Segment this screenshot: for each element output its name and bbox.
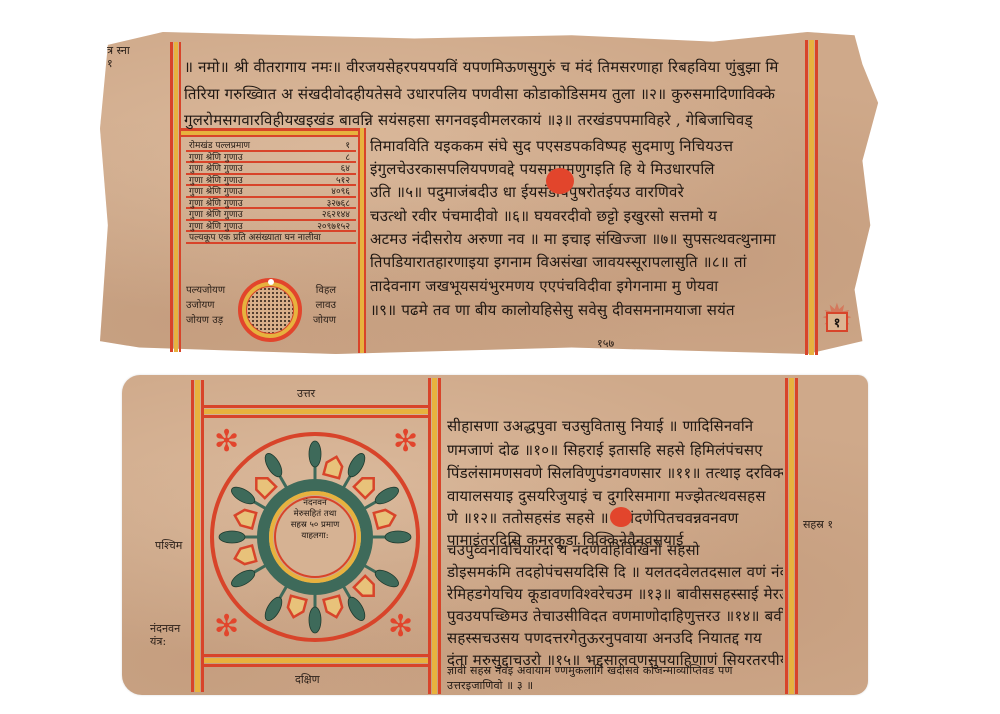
diagram-label-right: विहल लावउ जोयण: [313, 283, 336, 328]
table-caption-row: पल्यकूप एक प्रति असंख्याता घन नालीवा: [186, 232, 356, 244]
manuscript-text-line: ॥ नमो॥ श्री वीतरागाय नमः॥ वीरजयसेहरपयपयव…: [184, 57, 802, 77]
border-rule-red: [170, 42, 173, 352]
border-rule-red: [438, 378, 441, 694]
manuscript-text-line: ज्ञावी सहस्र नवइ अवायाम ण्णमुकलागि खदीसव…: [447, 663, 783, 678]
border-rule-red: [805, 40, 808, 355]
manuscript-text-line: अटमउ नंदीसरोय अरुणा नव ॥ मा इचाइ संखिज्ज…: [370, 229, 802, 249]
manuscript-text-line: तादेवनाग जखभूयसयंभुरमणय एएपंचविदीवा इगेग…: [370, 276, 802, 296]
border-rule-yellow: [204, 409, 428, 414]
table-frame: [364, 128, 366, 353]
compass-label-south: दक्षिण: [295, 672, 320, 687]
border-rule-red: [179, 42, 181, 352]
border-rule-red: [815, 40, 818, 355]
border-rule-red: [204, 654, 428, 657]
border-rule-red: [204, 405, 428, 408]
manuscript-text-line: पिंडलंसामणसवणे सिलविणुपंडगवणसार ॥११॥ तत्…: [447, 463, 783, 483]
center-red-dot: [546, 168, 574, 194]
border-rule-red: [191, 380, 194, 692]
border-rule-red: [204, 415, 428, 418]
border-rule-red: [795, 378, 798, 694]
border-rule-red: [204, 664, 428, 667]
manuscript-text-line: तिपडियारातहारणाइया इगनाम विअसंखा जावयस्स…: [370, 252, 802, 272]
top-margin-note: त्र स्ना १: [107, 44, 130, 70]
border-rule-yellow: [809, 40, 814, 355]
manuscript-text-line: सीहासणा उअद्धपुवा चउसुवितासु नियाई ॥ णाद…: [447, 416, 783, 436]
measurement-table: रोमखंड पल्लप्रमाण१ गुणा श्रेणि गुणाउ८ गु…: [186, 140, 356, 244]
border-rule-yellow: [195, 380, 200, 692]
compass-label-north: उत्तर: [297, 386, 315, 401]
border-rule-yellow: [204, 658, 428, 663]
manuscript-text-line: रेमिहडगेयचिय कूडावणविश्वरेचउम ॥१३॥ बावीस…: [447, 584, 783, 604]
manuscript-text-line: डोइसमकंमि तदहोपंचसयदिसि दि ॥ यलतदवेलतदसा…: [447, 562, 783, 582]
manuscript-text-line: उत्तरइजाणिवो ॥ ३ ॥: [447, 678, 783, 693]
manuscript-text-line: चउपुव्वनावचियारदा य नंदणेवहिविखिंनो सहसो: [447, 540, 783, 560]
border-rule-yellow: [789, 378, 794, 694]
table-caption: पल्यकूप एक प्रति असंख्याता घन नालीवा: [189, 230, 321, 243]
table-frame: [181, 135, 359, 137]
table-cell-value: २०९७१५२: [317, 219, 350, 232]
manuscript-text-line: तिरिया गरुख्विात अ संखदीवोदहीयतेसवे उधार…: [184, 84, 802, 104]
folio-number: १५७: [597, 336, 614, 351]
manuscript-text-line: ॥९॥ पढमे तव णा बीय कालोयहिसेसु सवेसु दीव…: [370, 300, 802, 320]
right-margin-note: सहस्र १: [803, 517, 833, 532]
manuscript-text-line: णमजाणं दोढ ॥१०॥ सिहराई इतासहि सहसे हिमिल…: [447, 440, 783, 460]
pit-diagram: [238, 278, 302, 342]
border-rule-red: [428, 378, 431, 694]
diagram-label-left: पल्यजोयण उजोयण जोयण उड़: [186, 283, 225, 328]
border-rule-red: [785, 378, 788, 694]
manuscript-text-line: उति ॥५॥ पदुमाजंबदीउ धा ईयसंडायपुषरोतईयउ …: [370, 182, 802, 202]
manuscript-text-line: वायालसयाइ दुसयरिजुयाइं च दुगरिसमागा मज्झ…: [447, 486, 783, 506]
manuscript-text-line: पुवउयपच्छिमउ तेचाउसीविदत वणमाणोदाहिणुत्त…: [447, 606, 783, 626]
left-margin-note: नंदनवन यंत्र:: [150, 622, 180, 648]
manuscript-text-line: चउत्थो रवीर पंचमादीवो ॥६॥ घयवरदीवो छट्टो…: [370, 206, 802, 226]
compass-label-west: पश्चिम: [155, 538, 182, 553]
manuscript-text-line: सहस्सचउसय पणदत्तरगेतुऊरनुपवाया अनउदि निय…: [447, 628, 783, 648]
border-rule-yellow: [174, 42, 178, 352]
pit-hole: [268, 279, 274, 285]
manuscript-text-line: तिमावविति यइककम संघे सुद पएसडपकविष्पह सु…: [370, 136, 802, 156]
manuscript-text-line: गुलरोमसगवारविहीयखइखंड बावन्नि सयंसहसा सग…: [184, 110, 802, 130]
border-rule-red: [201, 380, 204, 692]
mandala-center-inscription: नंदनवन मेरुसहितं तथा सहस्र ५० प्रमाण याह…: [276, 498, 354, 542]
page-number-badge: १: [826, 312, 848, 332]
border-rule-yellow: [432, 378, 437, 694]
manuscript-text-line: इंगुलचेउरकासपलियपणवद्दे पयसमयमणुगइति हि …: [370, 159, 802, 179]
center-red-dot: [610, 507, 632, 527]
